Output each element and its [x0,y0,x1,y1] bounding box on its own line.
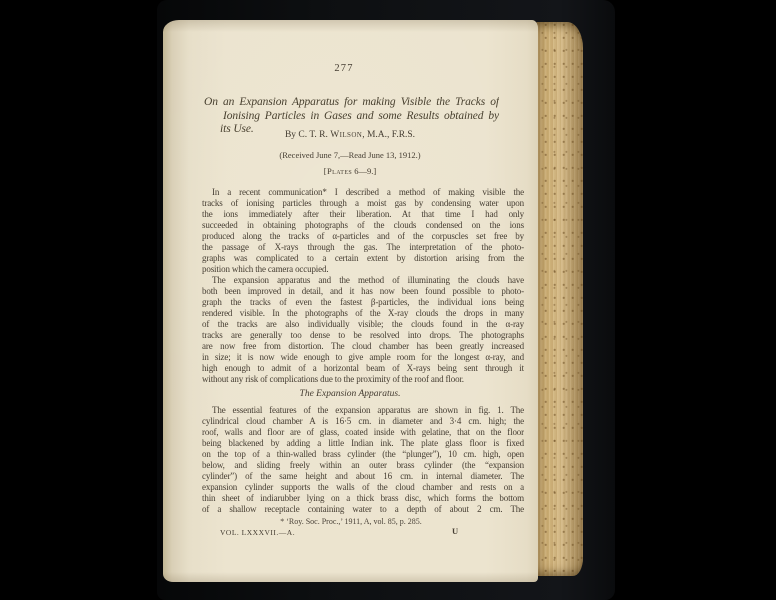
text-line: graphs was complicated to a certain exte… [202,253,524,264]
text-line: graph the tracks of even the fastest β-p… [202,297,524,308]
text-line: The essential features of the expansion … [202,405,524,416]
plates-numbers: 6—9.] [352,166,376,176]
book-photo-scene: 277 On an Expansion Apparatus for making… [0,0,776,600]
section-heading: The Expansion Apparatus. [189,389,511,400]
text-line: on the top of a thin-walled brass cylind… [202,449,524,460]
text-line: roof, walls and floor are of glass, coat… [202,427,524,438]
text-line: of a shallow receptacle containing water… [202,504,524,515]
text-line: the passage of X-rays through the gas. T… [202,242,524,253]
plates-word: [Plates [324,166,352,176]
title-line: Ionising Particles in Gases and some Res… [204,110,499,124]
text-line: The expansion apparatus and the method o… [202,275,524,286]
text-line: thin sheet of indiarubber lying on a thi… [202,493,524,504]
byline-prefix: By C. T. R. [285,130,330,140]
text-line: position which the camera occupied. [202,264,524,275]
text-line: being blackened by adding a little India… [202,438,524,449]
text-line: both been improved in detail, and it has… [202,286,524,297]
text-line: in size; it is now wide enough to give a… [202,352,524,363]
text-line: are now free from distortion. The cloud … [202,341,524,352]
text-line: without any risk of complications due to… [202,374,524,385]
text-line: high enough to admit of a horizontal bea… [202,363,524,374]
signature-mark: U [452,526,458,536]
title-line: On an Expansion Apparatus for making Vis… [204,96,499,110]
text-line: succeeded in obtaining photographs of th… [202,220,524,231]
text-line: produced along the tracks of α-particles… [202,231,524,242]
byline-suffix: , M.A., F.R.S. [362,130,415,140]
text-line: cylinder”) of the same height and about … [202,471,524,482]
byline: By C. T. R. Wilson, M.A., F.R.S. [189,130,511,140]
byline-surname: Wilson [330,130,362,140]
book-page: 277 On an Expansion Apparatus for making… [163,20,538,582]
text-line: cylindrical cloud chamber A is 16·5 cm. … [202,416,524,427]
text-line: the ions immediately after their liberat… [202,209,524,220]
plates-line: [Plates 6—9.] [189,166,511,176]
text-line: expansion cylinder supports the walls of… [202,482,524,493]
paragraph: The expansion apparatus and the method o… [202,275,524,385]
text-line: In a recent communication* I described a… [202,187,524,198]
text-line: tracks of ionising particles through a m… [202,198,524,209]
book-fore-edge-pages [534,22,583,576]
text-line: below, and sliding freely within an oute… [202,460,524,471]
text-line: rendered visible. In the photographs of … [202,308,524,319]
text-line: tracks are generally too dense to be res… [202,330,524,341]
paragraph: In a recent communication* I described a… [202,187,524,275]
footnote: * ‘Roy. Soc. Proc.,’ 1911, A, vol. 85, p… [190,517,512,526]
paragraph: The essential features of the expansion … [202,405,524,515]
text-line: of the tracks are also individually visi… [202,319,524,330]
article-body: In a recent communication* I described a… [202,187,524,515]
volume-line: VOL. LXXXVII.—A. [220,528,295,537]
folio-number: 277 [183,63,505,74]
received-line: (Received June 7,—Read June 13, 1912.) [189,150,511,160]
